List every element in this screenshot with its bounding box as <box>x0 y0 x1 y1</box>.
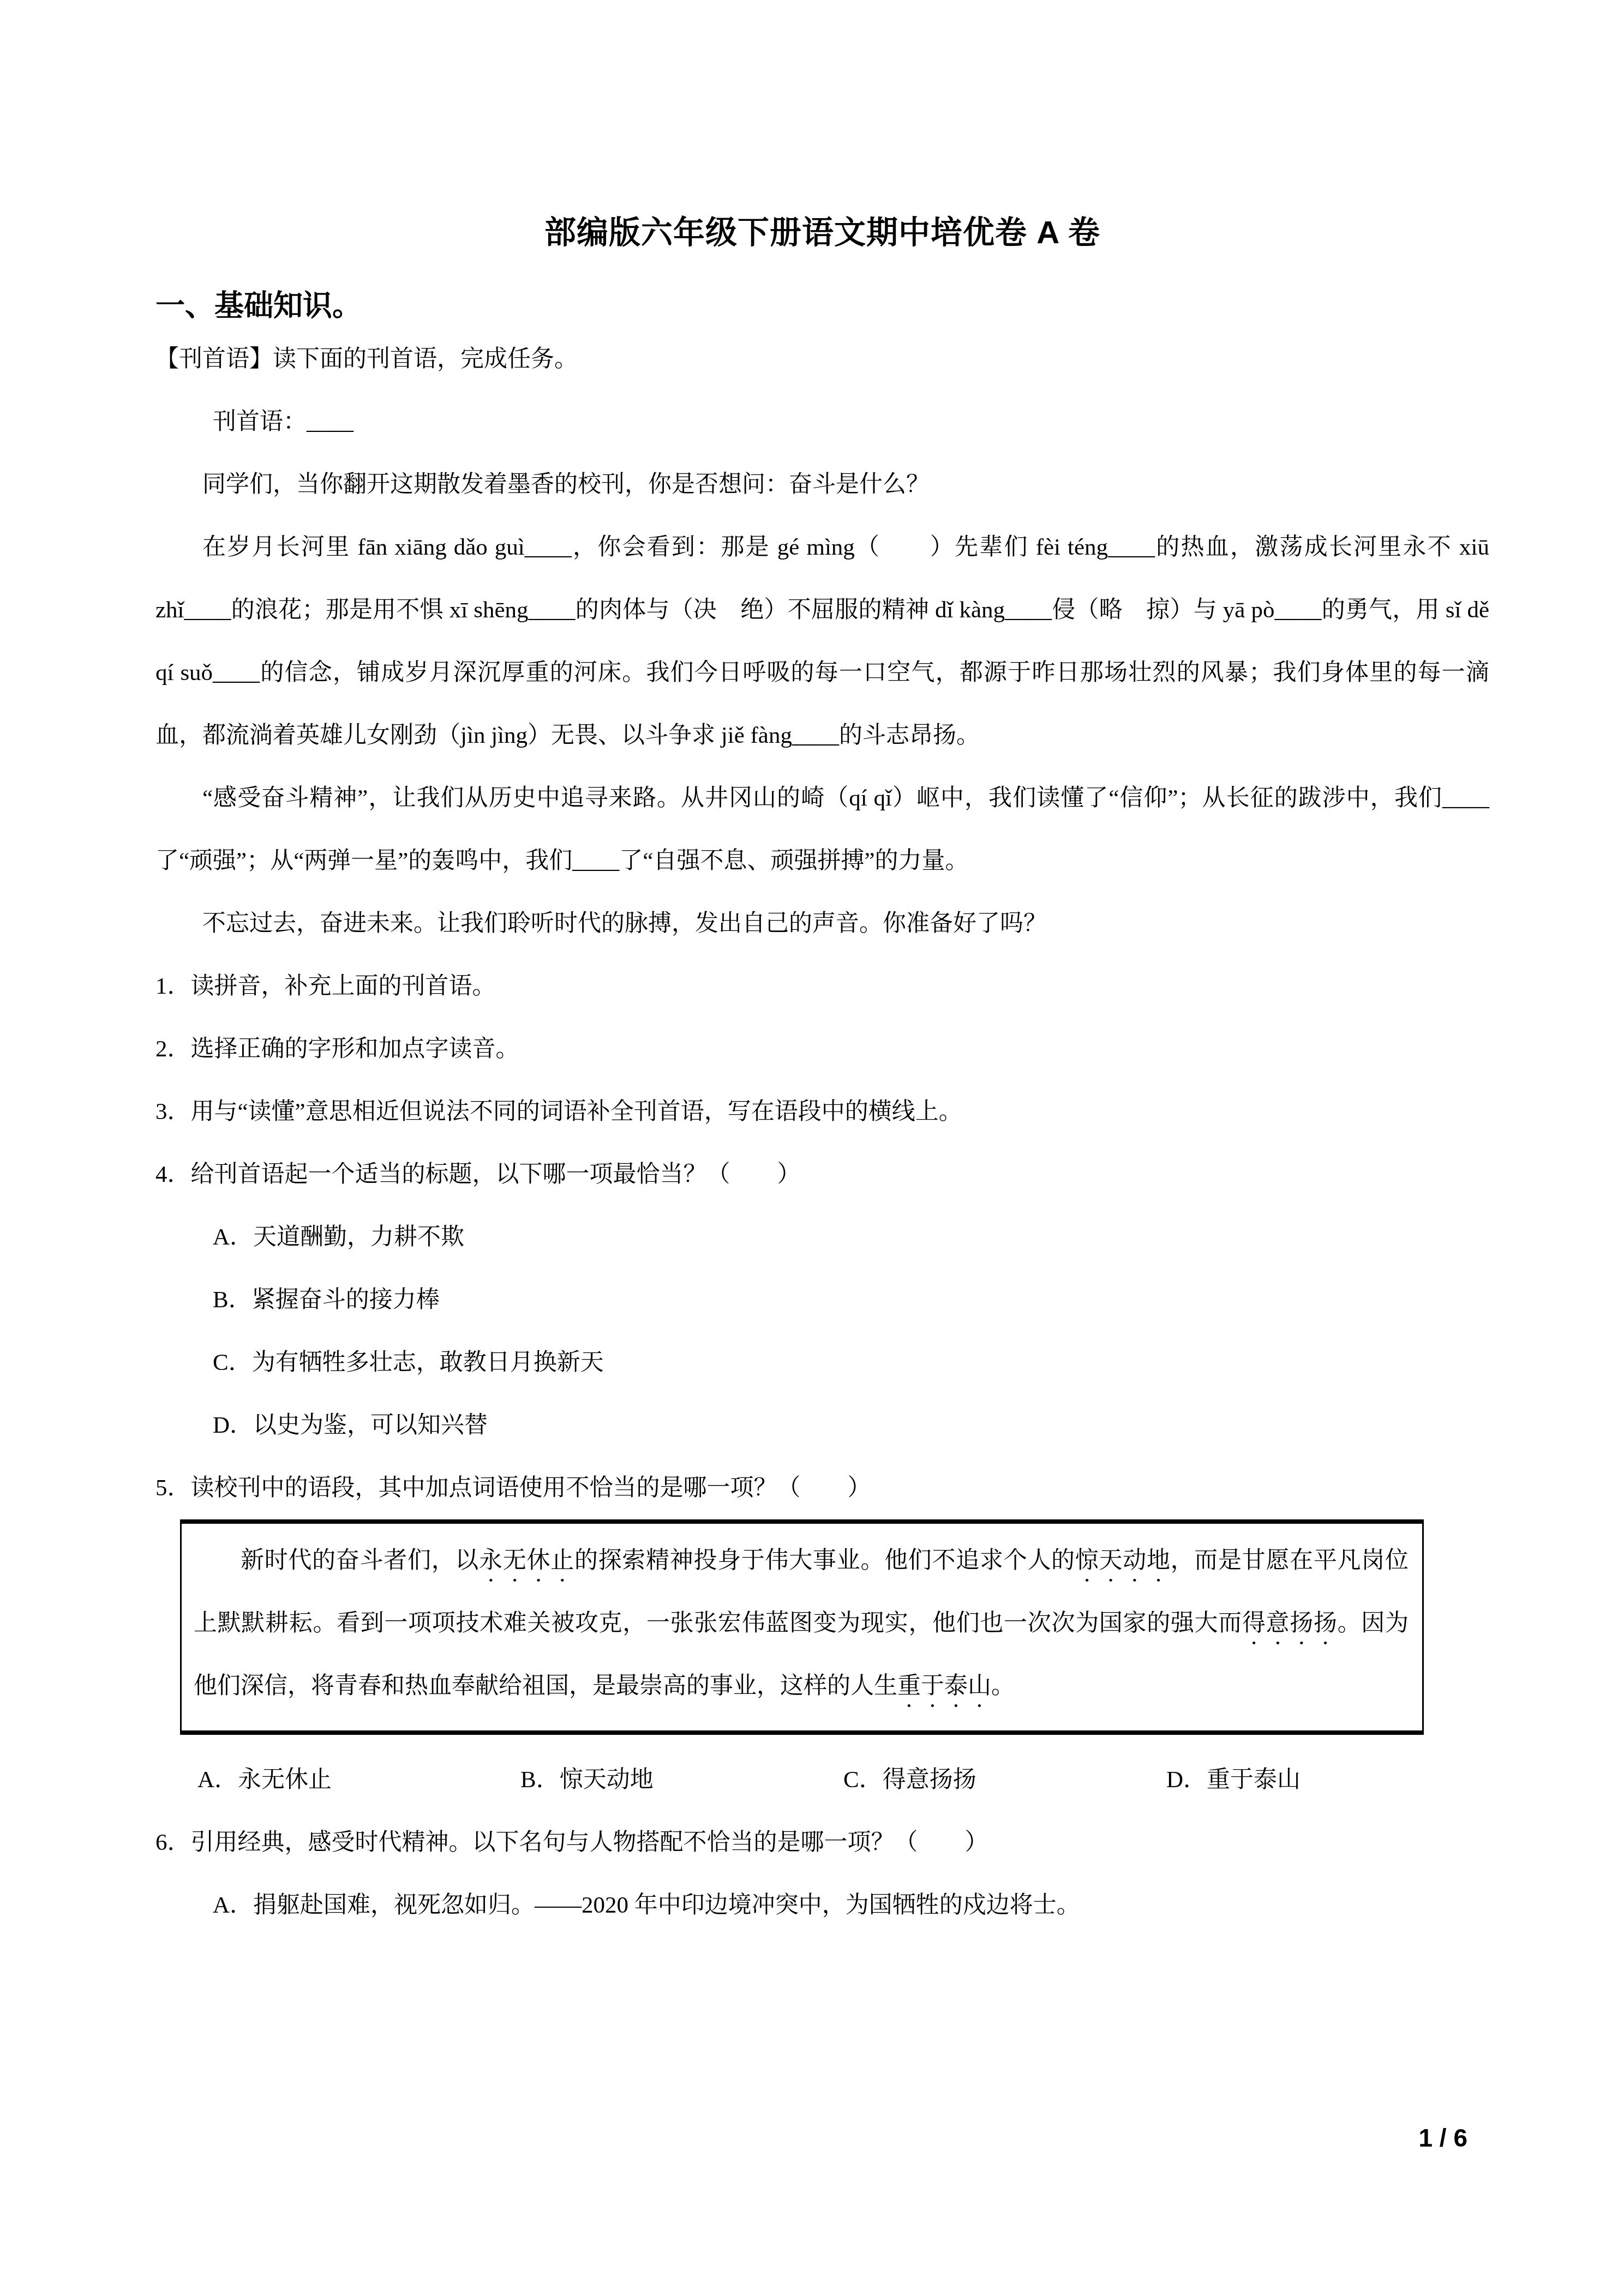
emphasized-term: 得意扬扬 <box>1242 1610 1338 1636</box>
emphasized-term: 惊天动地 <box>1075 1548 1171 1573</box>
question-2: 2．选择正确的字形和加点字读音。 <box>155 1018 1489 1080</box>
question-5-options-row: A．永无休止 B．惊天动地 C．得意扬扬 D．重于泰山 <box>155 1748 1489 1811</box>
emphasized-term: 重于泰山 <box>897 1673 991 1699</box>
excerpt-box: 新时代的奋斗者们，以永无休止的探索精神投身于伟大事业。他们不追求个人的惊天动地，… <box>180 1519 1424 1735</box>
exam-page: 部编版六年级下册语文期中培优卷 A 卷 一、基础知识。 【刊首语】读下面的刊首语… <box>0 0 1624 2296</box>
question-5: 5．读校刊中的语段，其中加点词语使用不恰当的是哪一项？（ ） <box>155 1457 1489 1519</box>
masthead-label-blank: 刊首语：____ <box>155 390 1489 453</box>
question-5-option-a: A．永无休止 <box>197 1748 520 1811</box>
question-4-option-d: D．以史为鉴，可以知兴替 <box>155 1394 1489 1457</box>
masthead-paragraph-3: “感受奋斗精神”，让我们从历史中追寻来路。从井冈山的崎（qí qǐ）岖中，我们读… <box>155 767 1489 892</box>
page-title: 部编版六年级下册语文期中培优卷 A 卷 <box>155 210 1489 256</box>
question-6: 6．引用经典，感受时代精神。以下名句与人物搭配不恰当的是哪一项？（ ） <box>155 1811 1489 1874</box>
page-number: 1 / 6 <box>1418 2123 1467 2153</box>
excerpt-paragraph: 新时代的奋斗者们，以永无休止的探索精神投身于伟大事业。他们不追求个人的惊天动地，… <box>194 1529 1409 1717</box>
emphasized-term: 永无休止 <box>479 1548 574 1573</box>
question-4-option-c: C．为有牺牲多壮志，敢教日月换新天 <box>155 1331 1489 1394</box>
excerpt-text: 的探索精神投身于伟大事业。他们不追求个人的 <box>574 1548 1075 1573</box>
masthead-intro: 【刊首语】读下面的刊首语，完成任务。 <box>155 328 1489 390</box>
excerpt-text: 新时代的奋斗者们，以 <box>241 1548 479 1573</box>
masthead-paragraph-1: 同学们，当你翻开这期散发着墨香的校刊，你是否想问：奋斗是什么？ <box>155 453 1489 516</box>
masthead-paragraph-4: 不忘过去，奋进未来。让我们聆听时代的脉搏，发出自己的声音。你准备好了吗？ <box>155 892 1489 955</box>
question-5-option-b: B．惊天动地 <box>520 1748 843 1811</box>
page-content: 部编版六年级下册语文期中培优卷 A 卷 一、基础知识。 【刊首语】读下面的刊首语… <box>155 0 1489 1937</box>
masthead-paragraph-2: 在岁月长河里 fān xiāng dǎo guì____，你会看到：那是 gé … <box>155 516 1489 767</box>
section-heading: 一、基础知识。 <box>155 284 1489 328</box>
question-4-option-a: A．天道酬勤，力耕不欺 <box>155 1206 1489 1269</box>
question-1: 1．读拼音，补充上面的刊首语。 <box>155 955 1489 1018</box>
question-5-option-d: D．重于泰山 <box>1166 1748 1301 1811</box>
question-6-option-a: A．捐躯赴国难，视死忽如归。——2020 年中印边境冲突中，为国牺牲的戍边将士。 <box>155 1874 1489 1937</box>
question-5-option-c: C．得意扬扬 <box>843 1748 1166 1811</box>
question-4-option-b: B．紧握奋斗的接力棒 <box>155 1269 1489 1331</box>
question-4: 4．给刊首语起一个适当的标题，以下哪一项最恰当？（ ） <box>155 1143 1489 1206</box>
question-3: 3．用与“读懂”意思相近但说法不同的词语补全刊首语，写在语段中的横线上。 <box>155 1080 1489 1143</box>
excerpt-text: 。 <box>991 1673 1015 1699</box>
